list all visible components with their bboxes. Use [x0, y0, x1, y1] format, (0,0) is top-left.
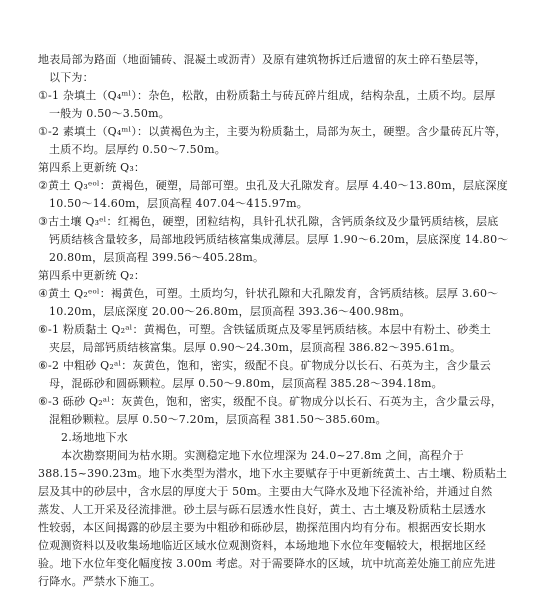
text-line: ①-2 素填土（Q₄ᵐˡ）：以黄褐色为主，主要为粉质黏土，局部为灰土，硬塑。含少… [38, 123, 500, 141]
text-line: ①-1 杂填土（Q₄ᵐˡ）：杂色，松散，由粉质黏土与砖瓦碎片组成，结构杂乱，土质… [38, 87, 500, 105]
text-line: 混粗砂颗粒。层厚 0.50～7.20m，层顶高程 381.50～385.60m。 [38, 411, 500, 429]
text-line: 一般为 0.50～3.50m。 [38, 105, 500, 123]
text-line: 母，混砾砂和圆砾颗粒。层厚 0.50～9.80m，层顶高程 385.28～394… [38, 375, 500, 393]
text-line: ⑥-2 中粗砂 Q₂ᵃˡ：灰黄色，饱和，密实，级配不良。矿物成分以长石、石英为主… [38, 357, 500, 375]
document-body: 地表局部为路面（地面铺砖、混凝土或沥青）及原有建筑物拆迁后遗留的灰土碎石垫层等，… [38, 51, 500, 591]
text-line: ⑥-1 粉质黏土 Q₂ᵃˡ：黄褐色，可塑。含铁锰质斑点及零星钙质结核。本层中有粉… [38, 321, 500, 339]
text-line: ②黄土 Q₃ᵉᵒˡ：黄褐色，硬塑，局部可塑。虫孔及大孔隙发育。层厚 4.40～1… [38, 177, 500, 195]
text-line: 位观测资料以及收集场地临近区域水位观测资料，本场地地下水位年变幅较大，根据地区经 [38, 537, 500, 555]
text-line: 行降水。严禁水下施工。 [38, 573, 500, 591]
text-line: 第四系中更新统 Q₂： [38, 267, 500, 285]
text-line: 性较弱，本区间揭露的砂层主要为中粗砂和砾砂层，勘探范围内均有分布。根据西安长期水 [38, 519, 500, 537]
text-line: ③古土壤 Q₃ᵉˡ：红褐色，硬塑，团粒结构，具针孔状孔隙，含钙质条纹及少量钙质结… [38, 213, 500, 231]
text-line: 地表局部为路面（地面铺砖、混凝土或沥青）及原有建筑物拆迁后遗留的灰土碎石垫层等， [38, 51, 500, 69]
text-line: 10.20m，层底深度 20.00～26.80m，层顶高程 393.36～400… [38, 303, 500, 321]
text-line: 388.15~390.23m。地下水类型为潜水，地下水主要赋存于中更新统黄土、古… [38, 465, 500, 483]
text-line: 钙质结核含量较多，局部地段钙质结核富集成薄层。层厚 1.90～6.20m，层底深… [38, 231, 500, 249]
text-line: 20.80m，层顶高程 399.56～405.28m。 [38, 249, 500, 267]
text-line: 本次勘察期间为枯水期。实测稳定地下水位埋深为 24.0~27.8m 之间，高程介… [38, 447, 500, 465]
text-line: ⑥-3 砾砂 Q₂ᵃˡ：灰黄色，饱和，密实，级配不良。矿物成分以长石、石英为主，… [38, 393, 500, 411]
text-line: 层及其中的砂层中，含水层的厚度大于 50m。主要由大气降水及地下径流补给，并通过… [38, 483, 500, 501]
text-line: 夹层，局部钙质结核富集。层厚 0.90～24.30m，层顶高程 386.82～3… [38, 339, 500, 357]
report-page: 地表局部为路面（地面铺砖、混凝土或沥青）及原有建筑物拆迁后遗留的灰土碎石垫层等，… [0, 0, 535, 597]
text-line: 蒸发、人工开采及径流排泄。砂土层与砾石层透水性良好，黄土、古土壤及粉质粘土层透水 [38, 501, 500, 519]
text-line: 验。地下水位年变化幅度按 3.00m 考虑。对于需要降水的区域，坑中坑高差处施工… [38, 555, 500, 573]
text-line: 10.50～14.60m，层顶高程 407.04～415.97m。 [38, 195, 500, 213]
text-line: 第四系上更新统 Q₃： [38, 159, 500, 177]
text-line: 2.场地地下水 [38, 429, 500, 447]
text-line: 以下为： [38, 69, 500, 87]
text-line: 土质不均。层厚约 0.50～7.50m。 [38, 141, 500, 159]
text-line: ④黄土 Q₂ᵉᵒˡ：褐黄色，可塑。土质均匀，针状孔隙和大孔隙发育，含钙质结核。层… [38, 285, 500, 303]
